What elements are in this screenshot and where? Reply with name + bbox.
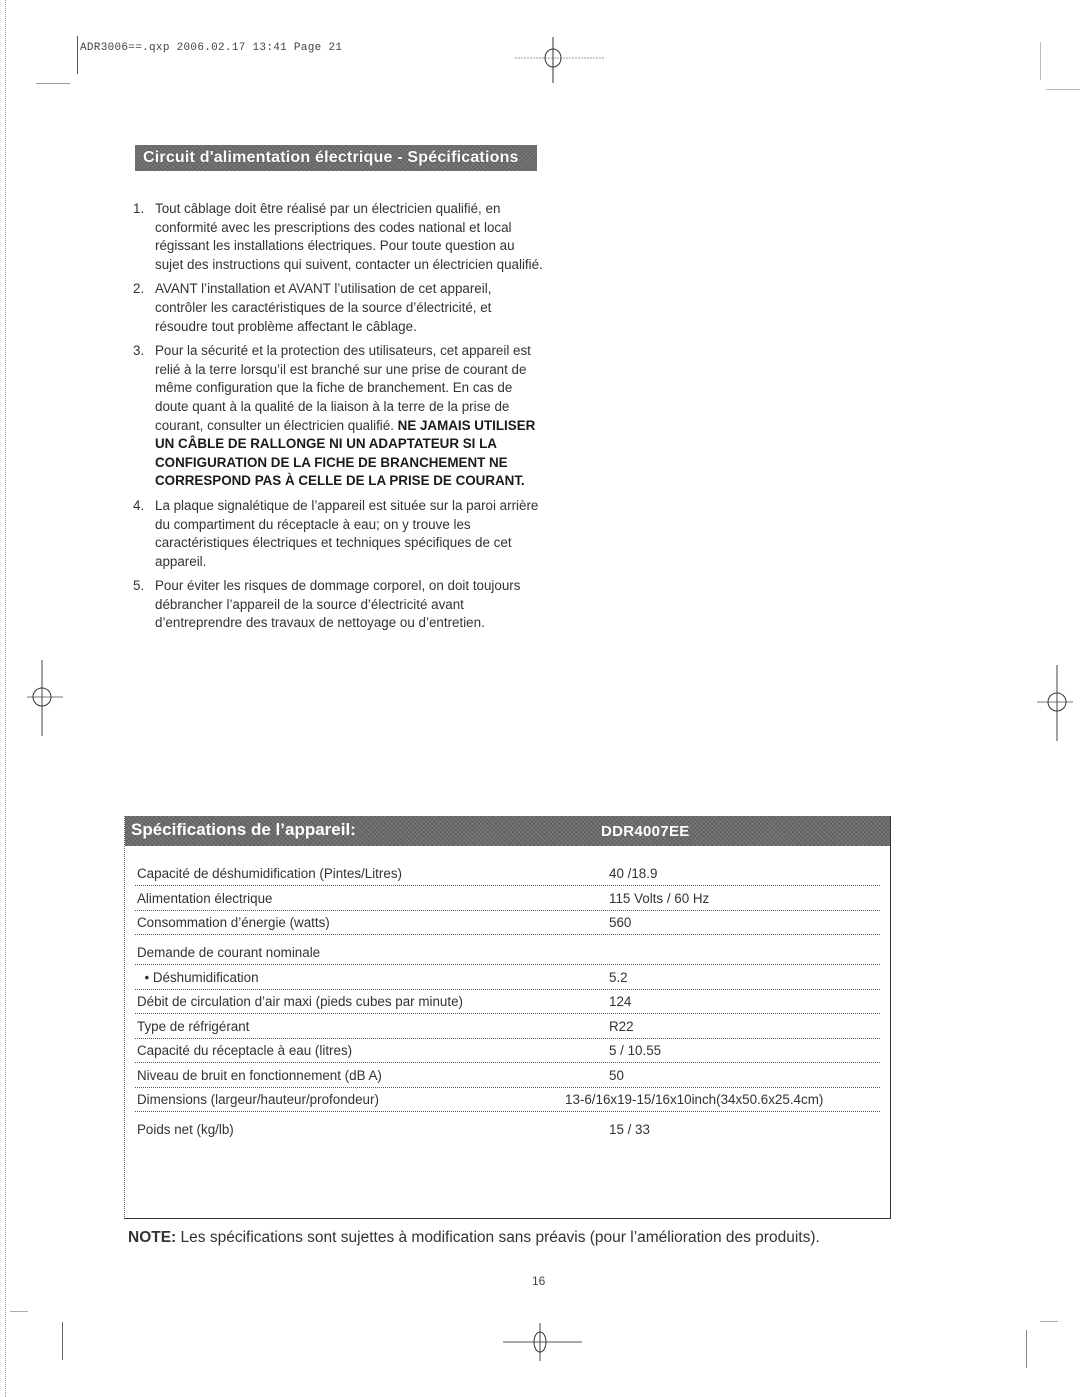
spec-label: Consommation d’énergie (watts) <box>137 915 330 930</box>
page-number: 16 <box>532 1274 545 1288</box>
spec-rows: Capacité de déshumidification (Pintes/Li… <box>135 856 880 1141</box>
print-slug: ADR3006==.qxp 2006.02.17 13:41 Page 21 <box>80 42 342 54</box>
spec-value: 5.2 <box>609 970 628 985</box>
spec-label: Capacité du réceptacle à eau (litres) <box>137 1043 352 1058</box>
table-row: Capacité de déshumidification (Pintes/Li… <box>135 856 880 886</box>
list-text: AVANT l’installation et AVANT l’utilisat… <box>155 280 543 336</box>
spec-value: 13-6/16x19-15/16x10inch(34x50.6x25.4cm) <box>565 1092 823 1107</box>
crop-mark-bottom-left-h <box>10 1311 28 1312</box>
spec-table-title: Spécifications de l’appareil: <box>131 818 356 842</box>
registration-mark-left <box>25 660 65 740</box>
list-number: 4. <box>133 497 155 571</box>
list-text: La plaque signalétique de l’appareil est… <box>155 497 543 571</box>
note-text: Les spécifications sont sujettes à modif… <box>176 1229 820 1246</box>
page-edge-left <box>5 0 7 1397</box>
note: NOTE: Les spécifications sont sujettes à… <box>128 1229 820 1247</box>
spec-label: Débit de circulation d’air maxi (pieds c… <box>137 994 463 1009</box>
table-row: Alimentation électrique115 Volts / 60 Hz <box>135 886 880 911</box>
crop-mark-top-left-h <box>36 83 70 84</box>
spec-value: 50 <box>609 1068 624 1083</box>
list-text: Pour la sécurité et la protection des ut… <box>155 342 543 491</box>
spec-table-header: Spécifications de l’appareil: DDR4007EE <box>125 816 890 846</box>
list-number: 2. <box>133 280 155 336</box>
list-number: 5. <box>133 577 155 633</box>
list-text-body: AVANT l’installation et AVANT l’utilisat… <box>155 281 491 333</box>
spec-value: 5 / 10.55 <box>609 1043 661 1058</box>
spec-value: 40 /18.9 <box>609 866 657 881</box>
crop-mark-bottom-right <box>1026 1330 1027 1368</box>
table-row: Niveau de bruit en fonctionnement (dB A)… <box>135 1063 880 1088</box>
registration-mark-bottom <box>500 1323 585 1363</box>
list-number: 1. <box>133 200 155 274</box>
list-item: 1. Tout câblage doit être réalisé par un… <box>133 200 543 274</box>
spec-table: Spécifications de l’appareil: DDR4007EE … <box>124 816 891 1219</box>
spec-label: Poids net (kg/lb) <box>137 1122 234 1137</box>
list-item: 5. Pour éviter les risques de dommage co… <box>133 577 543 633</box>
instructions-list: 1. Tout câblage doit être réalisé par un… <box>133 200 543 639</box>
crop-mark-bottom-left <box>62 1322 63 1360</box>
table-row: • Déshumidification5.2 <box>135 965 880 990</box>
registration-mark-top <box>515 35 605 85</box>
table-row: Type de réfrigérantR22 <box>135 1014 880 1039</box>
table-row: Demande de courant nominale <box>135 935 880 965</box>
list-item: 2. AVANT l’installation et AVANT l’utili… <box>133 280 543 336</box>
table-row: Capacité du réceptacle à eau (litres)5 /… <box>135 1039 880 1064</box>
spec-value: R22 <box>609 1019 634 1034</box>
note-prefix: NOTE: <box>128 1229 176 1246</box>
list-text-body: La plaque signalétique de l’appareil est… <box>155 498 538 569</box>
spec-label: Capacité de déshumidification (Pintes/Li… <box>137 866 402 881</box>
spec-label: Alimentation électrique <box>137 891 272 906</box>
crop-mark-top-right-h <box>1046 89 1080 90</box>
list-item: 4. La plaque signalétique de l’appareil … <box>133 497 543 571</box>
spec-value: 560 <box>609 915 631 930</box>
crop-mark-top-right <box>1040 42 1041 80</box>
registration-mark-right <box>1035 665 1075 745</box>
section-banner-electrical: Circuit d'alimentation électrique - Spéc… <box>135 145 537 171</box>
spec-label: Type de réfrigérant <box>137 1019 249 1034</box>
spec-label: Niveau de bruit en fonctionnement (dB A) <box>137 1068 382 1083</box>
list-item: 3. Pour la sécurité et la protection des… <box>133 342 543 491</box>
table-row: Consommation d’énergie (watts)560 <box>135 911 880 936</box>
spec-value: 15 / 33 <box>609 1122 650 1137</box>
list-text-body: Pour éviter les risques de dommage corpo… <box>155 578 520 630</box>
spec-value: 115 Volts / 60 Hz <box>609 891 709 906</box>
table-row: Dimensions (largeur/hauteur/profondeur)1… <box>135 1088 880 1113</box>
spec-label: Demande de courant nominale <box>137 945 320 960</box>
crop-mark-top-left <box>77 36 78 74</box>
list-text: Tout câblage doit être réalisé par un él… <box>155 200 543 274</box>
spec-value: 124 <box>609 994 631 1009</box>
crop-mark-bottom-right-h <box>1040 1321 1058 1322</box>
model-number: DDR4007EE <box>601 821 690 843</box>
list-text-body: Tout câblage doit être réalisé par un él… <box>155 201 543 272</box>
list-number: 3. <box>133 342 155 491</box>
list-text: Pour éviter les risques de dommage corpo… <box>155 577 543 633</box>
spec-label: • Déshumidification <box>137 970 259 985</box>
spec-label: Dimensions (largeur/hauteur/profondeur) <box>137 1092 379 1107</box>
table-row: Poids net (kg/lb)15 / 33 <box>135 1112 880 1141</box>
table-row: Débit de circulation d’air maxi (pieds c… <box>135 990 880 1015</box>
